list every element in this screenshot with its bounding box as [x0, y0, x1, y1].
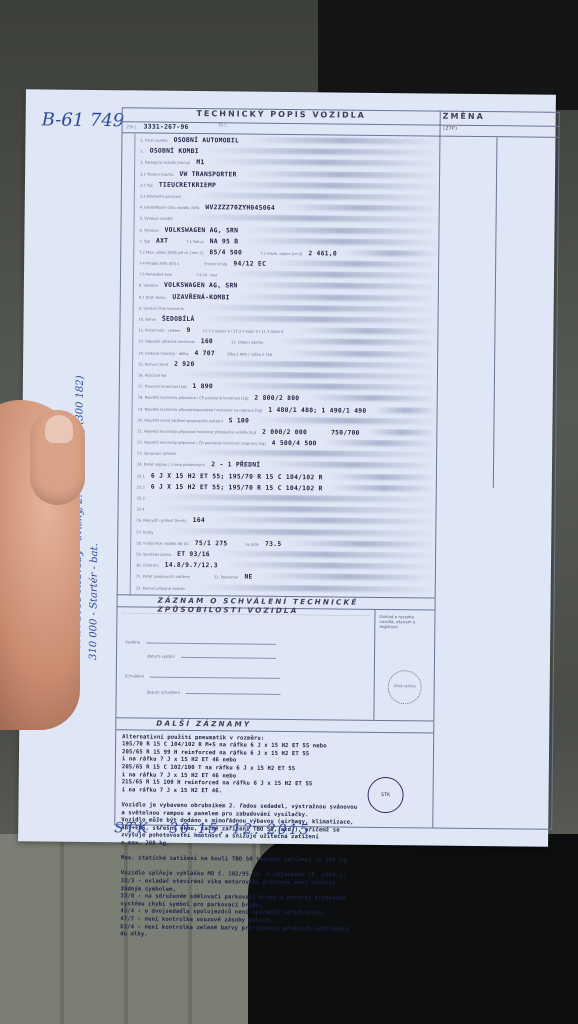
- field-value: VOLKSWAGEN AG, SRN: [165, 226, 239, 234]
- field-value: 9: [186, 327, 190, 334]
- issued-signature-line: Vydáno: [125, 639, 276, 646]
- vehicle-fields: 1. Druh vozidlaOSOBNÍ AUTOMOBIL2.OSOBNÍ …: [118, 133, 440, 597]
- approval-intro-text: ........................................…: [117, 607, 370, 619]
- field-label: 8.1 Druh karos.: [139, 295, 167, 299]
- change-column: ZMĚNA (ZTP): [431, 111, 560, 830]
- redacted-area: [195, 192, 439, 201]
- redacted-area: [307, 395, 436, 402]
- redacted-area: [246, 226, 438, 234]
- field-value: 4 707: [194, 350, 215, 357]
- field-value: 75/1 275: [195, 540, 228, 547]
- field-extra: 11.1 k sezení 9 / 11.2 k stání 0 / 11.3 …: [203, 329, 284, 334]
- field-extra-label: za jízdy: [246, 542, 260, 546]
- field-value: ET 93/16: [177, 551, 210, 558]
- field-label: 31. Počet spojovacích zařízení: [136, 575, 190, 580]
- field-extra-label: 7.1 Palivo: [186, 240, 203, 244]
- field-extra-label: 7.3 Zdvih. objem [cm3]: [260, 252, 302, 256]
- field-value: 2 - 1 PŘEDNÍ: [211, 462, 260, 470]
- field-extra-value: 2 461,0: [308, 250, 337, 257]
- field-label: 25.4: [137, 508, 145, 512]
- field-label: 7. Typ: [139, 239, 150, 243]
- approved-date-line: datum schválení: [147, 689, 281, 695]
- redacted-area: [180, 371, 437, 380]
- field-value: OSOBNÍ KOMBI: [150, 148, 199, 156]
- field-extra-value: 73.5: [265, 541, 281, 548]
- field-label: 3.1 Tovární značka: [140, 172, 173, 176]
- field-label: 25.3: [137, 496, 145, 500]
- thumbnail: [45, 415, 73, 443]
- redacted-area: [257, 416, 436, 424]
- field-value: OSOBNÍ AUTOMOBIL: [174, 137, 240, 145]
- issued-date-line: datum vydání: [147, 653, 276, 659]
- field-value: S 100: [229, 417, 250, 424]
- field-value: 14.8/9.7/12.3: [165, 562, 218, 570]
- redacted-area: [247, 137, 439, 145]
- redacted-area: [221, 382, 437, 390]
- field-label: 27. Brzdy: [136, 530, 153, 534]
- field-extra-value: NA 95 B: [210, 238, 239, 245]
- approval-section: ........................................…: [116, 607, 434, 720]
- field-value: 2 920: [174, 361, 195, 368]
- field-value: 6 J X 15 H2 ET 55; 195/70 R 15 C 104/102…: [151, 472, 323, 481]
- change-column-sub: (ZTP): [438, 126, 558, 138]
- field-label: 8. Výrobce: [139, 284, 158, 288]
- field-extra-label: 32. Palivoměr: [214, 576, 239, 580]
- field-label: 20. Největší svislé zatížení spojovacího…: [137, 418, 222, 423]
- redacted-area: [368, 429, 437, 436]
- redacted-area: [238, 293, 438, 301]
- field-label: 26. Nejvyšší rychlost [km/h]: [136, 519, 186, 524]
- redacted-area: [190, 449, 436, 458]
- redacted-area: [325, 439, 437, 446]
- field-value: 164: [193, 517, 205, 524]
- field-label: 33. Pasivní přípojné vozidlo: [136, 586, 185, 591]
- field-label: 18. Největší technicky přípustná / ČR po…: [138, 396, 249, 401]
- document-sheet: B-61 749 10.9. 2015 Rozvody - svíčky, 2.…: [18, 89, 556, 847]
- redacted-area: [277, 338, 437, 346]
- field-value: ŠEDOBÍLÁ: [162, 316, 195, 323]
- field-label: 25.1: [137, 474, 145, 478]
- field-label: 12. Nejvyšší užitečná hmotnost: [138, 340, 194, 345]
- field-value: 2 000/2 000: [262, 429, 307, 436]
- redacted-area: [345, 249, 438, 256]
- field-label: 21. Největší technicky přípustná hmotnos…: [137, 429, 256, 434]
- redacted-area: [283, 204, 439, 212]
- redacted-area: [198, 304, 438, 313]
- approval-side-box: Doklad o rozsahu vozidla, záznam o regis…: [373, 610, 434, 721]
- redacted-area: [374, 406, 436, 413]
- redacted-area: [231, 271, 438, 279]
- field-label: 30. l/100 km: [136, 564, 159, 568]
- field-label: 3.3 Obchodní označení: [140, 194, 181, 198]
- field-label: 3. Kategorie vozidla (druhu): [140, 161, 190, 166]
- es-label: ES č.: [219, 123, 228, 133]
- approved-signature-line: Schválení: [125, 673, 280, 680]
- field-extra-label: 13. Objem nádrže: [231, 341, 263, 345]
- field-label: 1. Druh vozidla: [140, 138, 167, 142]
- redacted-area: [261, 573, 435, 581]
- handwritten-margin-note-2: 310 000 - Startér - bat.: [88, 543, 100, 660]
- field-extra-value: 750/700: [331, 429, 360, 436]
- field-label: 6. Výrobce: [139, 228, 158, 232]
- approval-number: 3331-267-96: [144, 123, 189, 130]
- field-value: AXT: [156, 237, 168, 244]
- field-label: 3.2 Typ: [140, 183, 153, 187]
- redacted-area: [286, 350, 437, 358]
- redacted-area: [226, 561, 435, 569]
- field-value: M1: [196, 159, 204, 166]
- field-value: 85/4 500: [209, 249, 242, 256]
- redacted-area: [268, 461, 436, 469]
- field-value: 1 890: [192, 383, 213, 390]
- handwritten-document-number: B-61 749: [42, 109, 125, 131]
- handwritten-inspection-note: STK - 30 15. 12. 2015: [114, 820, 311, 838]
- redacted-area: [331, 473, 436, 480]
- field-value: 2 800/2 800: [254, 395, 299, 402]
- field-label: 9. Výrobní číslo karoserie: [139, 306, 184, 310]
- stamp-placeholder: Otisk razítka: [388, 670, 422, 704]
- redacted-area: [289, 540, 435, 548]
- redacted-area: [203, 315, 438, 323]
- redacted-area: [199, 584, 435, 592]
- redacted-area: [274, 260, 438, 268]
- field-label: 29. Spotřeba paliva: [136, 552, 171, 556]
- field-label: 7.5 Poháněné kola: [139, 273, 172, 277]
- redacted-area: [297, 327, 437, 334]
- field-label: 17. Provozní hmotnost [kg]: [138, 385, 187, 390]
- field-extra-label: Emisní limity: [204, 262, 227, 266]
- field-value: VOLKSWAGEN AG, SRN: [164, 282, 238, 290]
- field-extra-value: 94/12 EC: [233, 260, 266, 267]
- field-value: UZAVŘENÁ-KOMBI: [172, 293, 229, 301]
- field-extra: šířka 1 840 / výška 2 150: [227, 352, 272, 356]
- field-label: 15. Rozvor [mm]: [138, 362, 168, 366]
- change-column-title: ZMĚNA: [439, 112, 559, 127]
- redacted-area: [246, 237, 438, 245]
- redacted-area: [213, 517, 436, 525]
- redacted-area: [203, 360, 438, 368]
- field-label: 7.2 Max. výkon [kW]/ při ot. [min-1]: [139, 250, 203, 255]
- field-label: 2.: [140, 150, 143, 154]
- redacted-area: [245, 170, 439, 178]
- technical-description-form: TECHNICKÝ POPIS VOZIDLA ZTP č.3331-267-9…: [114, 107, 441, 828]
- field-extra-value: NE: [244, 574, 252, 581]
- field-label: 16. Rozchod kol: [138, 373, 166, 377]
- section-sidebar: [118, 133, 136, 594]
- redacted-area: [246, 282, 438, 290]
- field-value: WV2ZZZ70ZYH045064: [205, 204, 275, 212]
- field-label: 4. Identifikační číslo vozidla (VIN): [140, 206, 200, 211]
- official-round-stamp: STK: [367, 777, 403, 813]
- field-label: 19. Největší technicky přípustné/povolen…: [138, 407, 263, 412]
- redacted-area: [213, 159, 440, 167]
- field-value: 1 480/1 480; 1 490/1 490: [268, 406, 366, 414]
- redacted-area: [224, 181, 439, 189]
- redacted-area: [207, 147, 440, 155]
- field-value: 4 500/4 500: [272, 440, 317, 447]
- field-label: 5. Výrobce vozidla: [140, 217, 173, 221]
- field-value: VW TRANSPORTER: [179, 170, 236, 178]
- field-label: 14. Celkové rozměry - délka: [138, 351, 188, 356]
- field-label: 28. Vnější hluk vozidla dB (A): [136, 541, 189, 546]
- field-value: 160: [201, 338, 213, 345]
- field-label: 7.4 Předpis EHS (ES) č.: [139, 262, 180, 266]
- field-label: 10. Barva: [139, 317, 156, 321]
- field-value: TIEUCRETKRIEMP: [159, 181, 216, 189]
- field-value: 6 J X 15 H2 ET 55; 195/70 R 15 C 104/102…: [151, 483, 323, 492]
- field-label: 25.2: [137, 485, 145, 489]
- field-label: 11. Počet míst - celkem: [138, 329, 180, 333]
- field-label: 22. Největší technicky přípustná / ČR po…: [137, 440, 265, 445]
- field-label: 23. Spojovací zařízení: [137, 452, 176, 456]
- redacted-area: [218, 550, 435, 558]
- additional-records-text: Alternativní použití pneumatik v rozměru…: [114, 730, 433, 946]
- field-extra-label: 7.6 Ot. max: [196, 273, 217, 277]
- redacted-area: [331, 484, 436, 491]
- field-label: 24. Počet náprav / z toho poháněných: [137, 463, 205, 468]
- redacted-area: [187, 214, 439, 223]
